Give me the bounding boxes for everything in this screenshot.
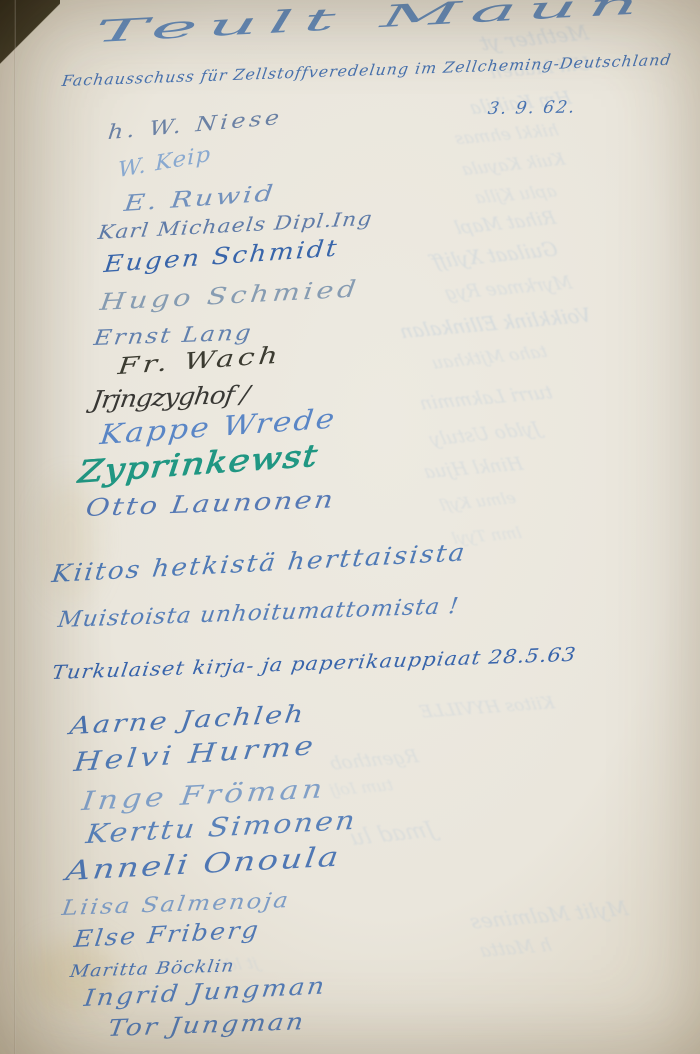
ghost-bleedthrough-line: Myrkmae Ryg xyxy=(443,275,574,304)
signature-entry: Ernst Lang xyxy=(93,322,255,349)
signature-entry: Ingrid Jungman xyxy=(83,975,328,1011)
ghost-bleedthrough-line: elmu Kyfl xyxy=(438,490,517,514)
ghost-bleedthrough-line: Rgenthob xyxy=(328,748,420,773)
ghost-bleedthrough-line: tum Iolj xyxy=(328,777,394,798)
group-line-finnish: Turkulaiset kirja- ja paperikauppiaat 28… xyxy=(51,646,578,683)
signature-entry: Eugen Schmidt xyxy=(103,237,340,277)
signature-flourish-top: Teult Maun xyxy=(93,0,650,48)
thanks-line-2: Muistoista unhoitumattomista ! xyxy=(56,596,460,632)
signature-scrawl-black: Jrjngzyghof / xyxy=(90,382,250,412)
page-crease xyxy=(14,0,16,1054)
ghost-bleedthrough-line: Jyldo Ustuly xyxy=(428,420,542,449)
ghost-bleedthrough-line: Hinkl Hjua xyxy=(422,456,525,482)
signature-entry: h. W. Niese xyxy=(107,107,284,143)
signature-entry: Otto Launonen xyxy=(84,487,337,520)
date-line-1: 3. 9. 62. xyxy=(487,99,578,118)
signature-entry: Tor Jungman xyxy=(106,1011,306,1041)
signature-entry: W. Keip xyxy=(118,143,211,181)
ghost-bleedthrough-line: Kiitos HYVILLE xyxy=(418,695,556,721)
guestbook-photo: { "colors": { "paper": "#eae6dc", "ink_b… xyxy=(0,0,700,1054)
ghost-bleedthrough-line: Voikklink Ellinkalan xyxy=(398,307,593,342)
signature-entry: Liisa Salmenoja xyxy=(61,890,292,919)
ghost-bleedthrough-line: Mylit Malmines xyxy=(468,898,630,931)
book-edge-corner xyxy=(0,0,60,80)
ghost-bleedthrough-line: h Matta xyxy=(478,937,554,961)
guestbook-page: Methter ytUlli MadenHm Kaikilahikkl ehma… xyxy=(0,0,700,1054)
ghost-bleedthrough-line: hikkl ehmas xyxy=(453,123,560,149)
signature-entry: Maritta Böcklin xyxy=(69,958,236,981)
ghost-bleedthrough-line: aplu Kjlla xyxy=(473,184,558,208)
dedication-line-german: Fachausschuss für Zellstoffveredelung im… xyxy=(61,53,673,89)
signature-entry: Hugo Schmied xyxy=(99,278,361,315)
signature-entry: Aarne Jachleh xyxy=(69,702,308,739)
ghost-bleedthrough-line: Rihat Mapl xyxy=(453,210,558,238)
signature-entry: Helvi Hurme xyxy=(73,733,318,776)
thanks-line-1: Kiitos hetkistä herttaisista xyxy=(51,540,469,586)
ghost-bleedthrough-line: Guilaat Xyliff xyxy=(430,241,560,273)
ghost-bleedthrough-line: taho Mjtkhau xyxy=(430,344,549,373)
signature-entry: Anneli Onoula xyxy=(64,844,342,886)
signature-entry-black: Fr. Wach xyxy=(117,344,283,379)
signature-entry: Else Friberg xyxy=(73,919,262,952)
ghost-bleedthrough-line: Jmad lu xyxy=(348,820,438,850)
ghost-bleedthrough-line: turri Lakmmin xyxy=(418,384,554,413)
ghost-bleedthrough-line: Kuik Kayula xyxy=(460,152,567,179)
signature-entry: E. Ruwid xyxy=(123,183,277,216)
